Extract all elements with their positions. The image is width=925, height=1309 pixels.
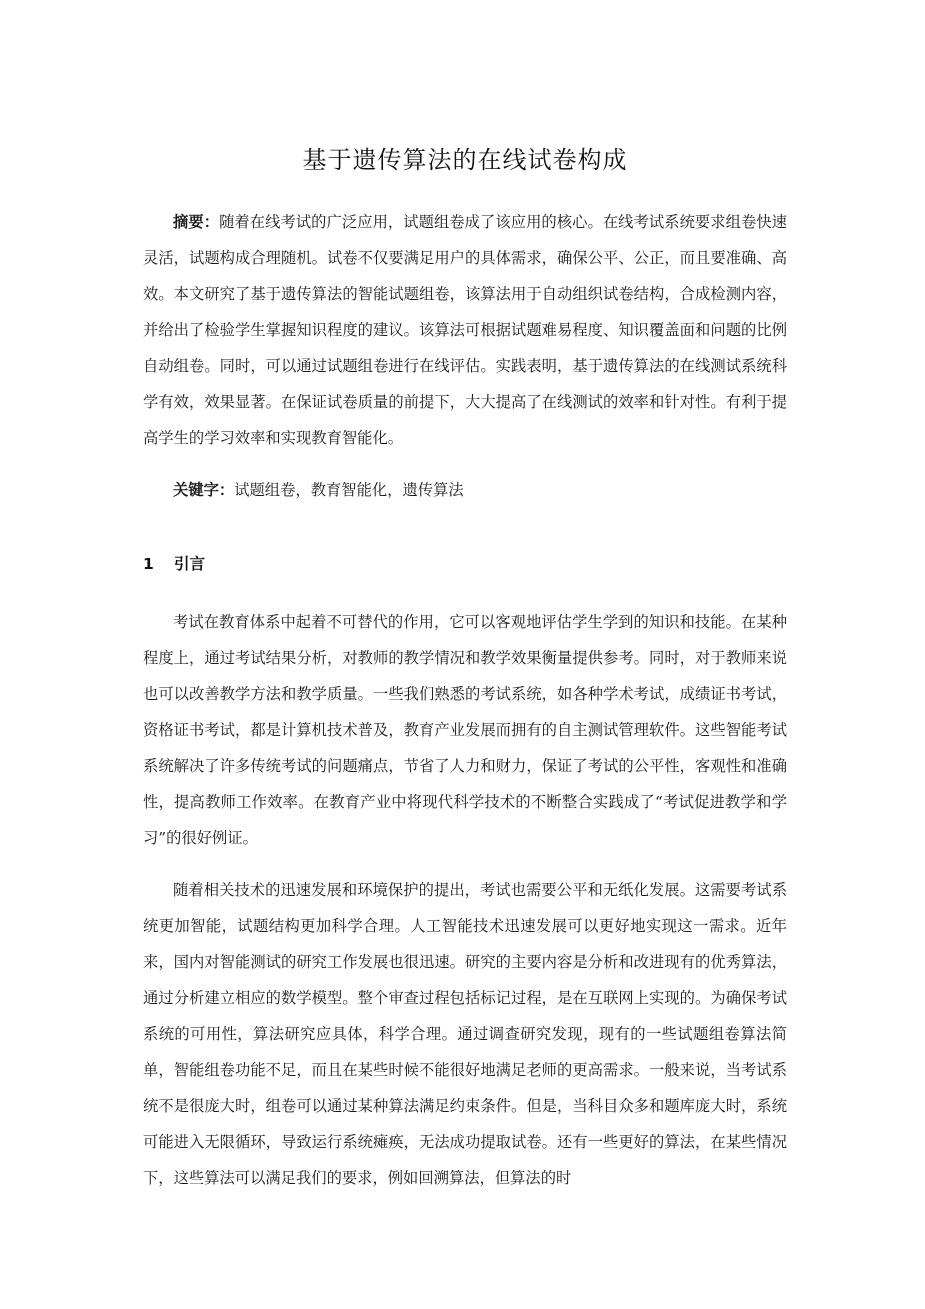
abstract-paragraph: 摘要：随着在线考试的广泛应用，试题组卷成了该应用的核心。在线考试系统要求组卷快速… (143, 204, 787, 456)
body-paragraph-2: 随着相关技术的迅速发展和环境保护的提出，考试也需要公平和无纸化发展。这需要考试系… (143, 872, 787, 1196)
body-paragraph-1: 考试在教育体系中起着不可替代的作用，它可以客观地评估学生学到的知识和技能。在某种… (143, 604, 787, 856)
section-title: 引言 (174, 555, 205, 573)
section-number: 1 (143, 548, 174, 580)
section-heading: 1引言 (143, 548, 205, 580)
abstract-label: 摘要： (173, 213, 219, 231)
abstract-text: 随着在线考试的广泛应用，试题组卷成了该应用的核心。在线考试系统要求组卷快速灵活，… (143, 213, 787, 447)
paper-title: 基于遗传算法的在线试卷构成 (143, 140, 787, 175)
keywords-paragraph: 关键字：试题组卷，教育智能化，遗传算法 (143, 472, 787, 508)
keywords-label: 关键字： (173, 481, 234, 499)
keywords-text: 试题组卷，教育智能化，遗传算法 (234, 481, 463, 499)
